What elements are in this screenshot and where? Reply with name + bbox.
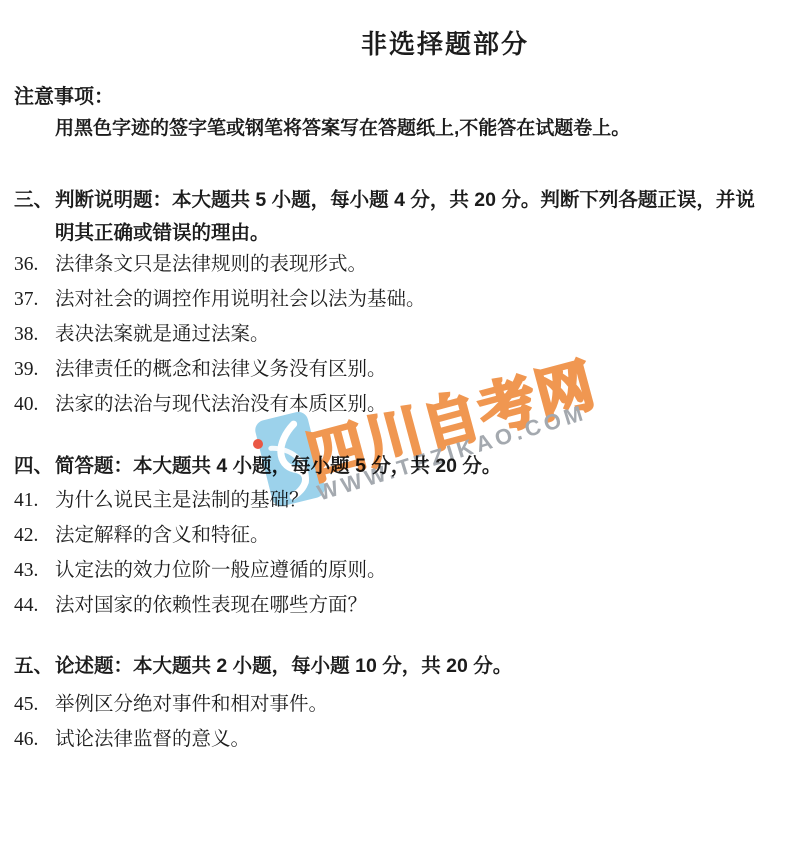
notes-heading: 注意事项： (14, 86, 800, 108)
question-40-text: 法家的法治与现代法治没有本质区别。 (55, 394, 387, 416)
question-45: 45. 举例区分绝对事件和相对事件。 (14, 694, 800, 716)
question-46-number: 46. (14, 729, 55, 751)
question-42-text: 法定解释的含义和特征。 (55, 525, 270, 547)
question-36-number: 36. (14, 254, 55, 276)
question-37: 37. 法对社会的调控作用说明社会以法为基础。 (14, 289, 800, 311)
question-41-number: 41. (14, 490, 55, 512)
question-39-number: 39. (14, 359, 55, 381)
question-40-number: 40. (14, 394, 55, 416)
question-45-text: 举例区分绝对事件和相对事件。 (55, 694, 328, 716)
question-38-text: 表决法案就是通过法案。 (55, 324, 270, 346)
section-3-heading-text: 判断说明题：本大题共 5 小题，每小题 4 分，共 20 分。判断下列各题正误，… (55, 184, 755, 250)
question-40: 40. 法家的法治与现代法治没有本质区别。 (14, 394, 800, 416)
question-37-text: 法对社会的调控作用说明社会以法为基础。 (55, 289, 426, 311)
exam-page: 非选择题部分 注意事项： 用黑色字迹的签字笔或钢笔将答案写在答题纸上,不能答在试… (0, 0, 800, 850)
section-5-label: 五、 (14, 654, 55, 678)
section-5-heading: 五、 论述题：本大题共 2 小题，每小题 10 分，共 20 分。 (14, 654, 800, 678)
question-41-text: 为什么说民主是法制的基础？ (55, 490, 309, 512)
question-36: 36. 法律条文只是法律规则的表现形式。 (14, 254, 800, 276)
question-43-text: 认定法的效力位阶一般应遵循的原则。 (55, 560, 387, 582)
question-39: 39. 法律责任的概念和法律义务没有区别。 (14, 359, 800, 381)
question-44-text: 法对国家的依赖性表现在哪些方面？ (55, 595, 367, 617)
question-42: 42. 法定解释的含义和特征。 (14, 525, 800, 547)
section-4-heading-text: 简答题：本大题共 4 小题，每小题 5 分，共 20 分。 (55, 454, 501, 478)
section-3-label: 三、 (14, 184, 55, 250)
question-46-text: 试论法律监督的意义。 (55, 729, 250, 751)
watermark-red-dot-icon (253, 439, 263, 449)
question-37-number: 37. (14, 289, 55, 311)
section-3-heading: 三、 判断说明题：本大题共 5 小题，每小题 4 分，共 20 分。判断下列各题… (14, 184, 800, 250)
question-45-number: 45. (14, 694, 55, 716)
question-39-text: 法律责任的概念和法律义务没有区别。 (55, 359, 387, 381)
question-44: 44. 法对国家的依赖性表现在哪些方面？ (14, 595, 800, 617)
section-5-heading-text: 论述题：本大题共 2 小题，每小题 10 分，共 20 分。 (55, 654, 512, 678)
question-41: 41. 为什么说民主是法制的基础？ (14, 490, 800, 512)
question-43-number: 43. (14, 560, 55, 582)
section-3-heading-line1: 判断说明题：本大题共 5 小题，每小题 4 分，共 20 分。判断下列各题正误，… (55, 189, 755, 211)
notes-body: 用黑色字迹的签字笔或钢笔将答案写在答题纸上,不能答在试题卷上。 (55, 118, 800, 140)
question-38: 38. 表决法案就是通过法案。 (14, 324, 800, 346)
page-title: 非选择题部分 (0, 17, 800, 58)
section-4-label: 四、 (14, 454, 55, 478)
question-43: 43. 认定法的效力位阶一般应遵循的原则。 (14, 560, 800, 582)
question-38-number: 38. (14, 324, 55, 346)
section-3-heading-line2: 明其正确或错误的理由。 (55, 222, 270, 244)
question-44-number: 44. (14, 595, 55, 617)
question-36-text: 法律条文只是法律规则的表现形式。 (55, 254, 367, 276)
section-4-heading: 四、 简答题：本大题共 4 小题，每小题 5 分，共 20 分。 (14, 454, 800, 478)
question-42-number: 42. (14, 525, 55, 547)
question-46: 46. 试论法律监督的意义。 (14, 729, 800, 751)
